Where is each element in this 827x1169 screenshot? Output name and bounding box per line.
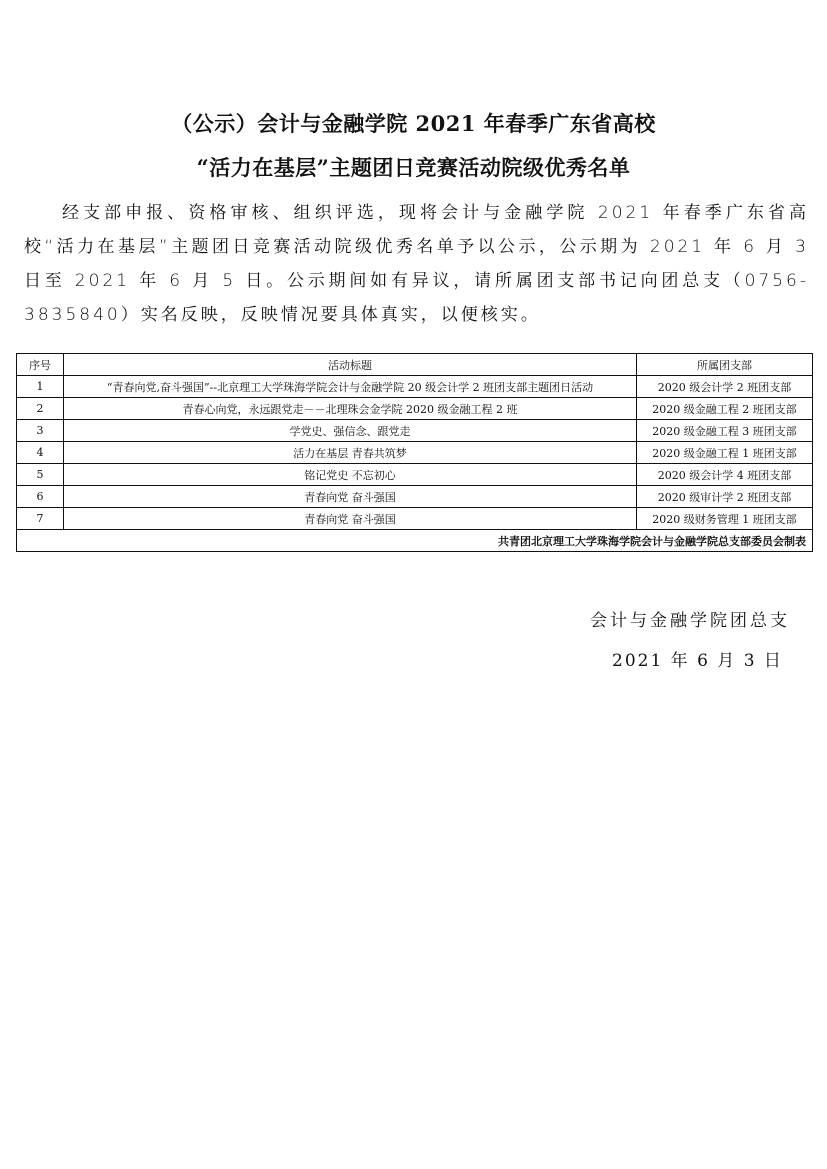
activity-title: 青春向党 奋斗强国 bbox=[64, 486, 637, 508]
row-number: 5 bbox=[17, 464, 64, 486]
branch-name: 2020 级财务管理 1 班团支部 bbox=[637, 508, 813, 530]
activity-title: 学党史、强信念、跟党走 bbox=[64, 420, 637, 442]
signature-organization: 会计与金融学院团总支 bbox=[590, 606, 790, 631]
row-number: 3 bbox=[17, 420, 64, 442]
column-header-activity-title: 活动标题 bbox=[64, 354, 637, 376]
table-row: 3 学党史、强信念、跟党走 2020 级金融工程 3 班团支部 bbox=[17, 420, 813, 442]
row-number: 4 bbox=[17, 442, 64, 464]
activity-title: “青春向党,奋斗强国”--北京理工大学珠海学院会计与金融学院 20 级会计学 2… bbox=[64, 376, 637, 398]
table-header-row: 序号 活动标题 所属团支部 bbox=[17, 354, 813, 376]
table-row: 5 铭记党史 不忘初心 2020 级会计学 4 班团支部 bbox=[17, 464, 813, 486]
announcement-paragraph: 经支部申报、资格审核、组织评选，现将会计与金融学院 2021 年春季广东省高校“… bbox=[24, 196, 809, 332]
row-number: 1 bbox=[17, 376, 64, 398]
activity-title: 铭记党史 不忘初心 bbox=[64, 464, 637, 486]
document-title-line-2: “活力在基层”主题团日竞赛活动院级优秀名单 bbox=[0, 152, 827, 182]
branch-name: 2020 级金融工程 1 班团支部 bbox=[637, 442, 813, 464]
branch-name: 2020 级审计学 2 班团支部 bbox=[637, 486, 813, 508]
table-row: 2 青春心向党，永远跟党走－－北理珠会金学院 2020 级金融工程 2 班 20… bbox=[17, 398, 813, 420]
activity-title: 活力在基层 青春共筑梦 bbox=[64, 442, 637, 464]
table-row: 4 活力在基层 青春共筑梦 2020 级金融工程 1 班团支部 bbox=[17, 442, 813, 464]
branch-name: 2020 级金融工程 2 班团支部 bbox=[637, 398, 813, 420]
branch-name: 2020 级会计学 4 班团支部 bbox=[637, 464, 813, 486]
activity-title: 青春向党 奋斗强国 bbox=[64, 508, 637, 530]
column-header-number: 序号 bbox=[17, 354, 64, 376]
award-list-table: 序号 活动标题 所属团支部 1 “青春向党,奋斗强国”--北京理工大学珠海学院会… bbox=[16, 353, 813, 552]
signature-date: 2021 年 6 月 3 日 bbox=[612, 646, 783, 671]
row-number: 6 bbox=[17, 486, 64, 508]
branch-name: 2020 级金融工程 3 班团支部 bbox=[637, 420, 813, 442]
table-row: 7 青春向党 奋斗强国 2020 级财务管理 1 班团支部 bbox=[17, 508, 813, 530]
column-header-branch: 所属团支部 bbox=[637, 354, 813, 376]
branch-name: 2020 级会计学 2 班团支部 bbox=[637, 376, 813, 398]
document-title-line-1: （公示）会计与金融学院 2021 年春季广东省高校 bbox=[0, 108, 827, 138]
row-number: 2 bbox=[17, 398, 64, 420]
row-number: 7 bbox=[17, 508, 64, 530]
table-row: 1 “青春向党,奋斗强国”--北京理工大学珠海学院会计与金融学院 20 级会计学… bbox=[17, 376, 813, 398]
activity-title: 青春心向党，永远跟党走－－北理珠会金学院 2020 级金融工程 2 班 bbox=[64, 398, 637, 420]
table-footer-row: 共青团北京理工大学珠海学院会计与金融学院总支部委员会制表 bbox=[17, 530, 813, 552]
table-row: 6 青春向党 奋斗强国 2020 级审计学 2 班团支部 bbox=[17, 486, 813, 508]
table-footer-note: 共青团北京理工大学珠海学院会计与金融学院总支部委员会制表 bbox=[17, 530, 813, 552]
